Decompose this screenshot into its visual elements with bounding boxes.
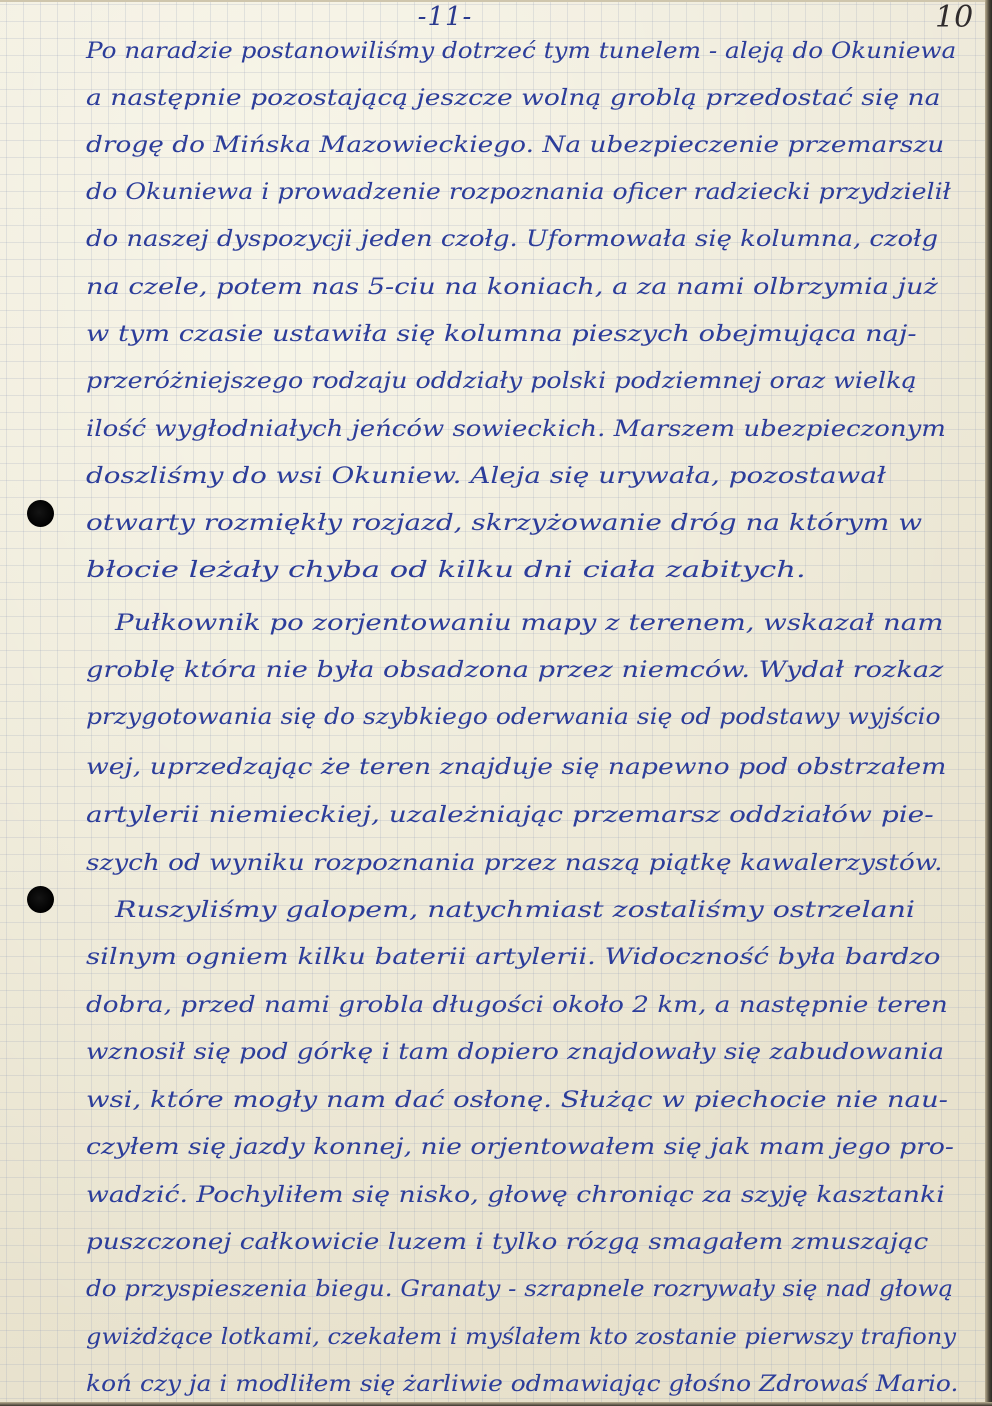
text-line: w tym czasie ustawiła się kolumna pieszy… [86,319,917,349]
text-line: wsi, które mogły nam dać osłonę. Służąc … [86,1085,948,1115]
text-line: do Okuniewa i prowadzenie rozpoznania of… [86,177,951,207]
paragraph-start-line: Ruszyliśmy galopem, natychmiast zostaliś… [115,895,915,925]
text-line: koń czy ja i modliłem się żarliwie odmaw… [86,1369,958,1399]
text-line: do przyspieszenia biegu. Granaty - szrap… [86,1274,953,1304]
text-line: błocie leżały chyba od kilku dni ciała z… [86,555,806,585]
text-line: szych od wyniku rozpoznania przez naszą … [86,848,943,878]
text-line: wadzić. Pochyliłem się nisko, głowę chro… [86,1180,945,1210]
text-line: silnym ogniem kilku baterii artylerii. W… [86,942,940,972]
text-line: Po naradzie postanowiliśmy dotrzeć tym t… [86,36,956,66]
text-line: do naszej dyspozycji jeden czołg. Uformo… [86,224,938,254]
text-line: doszliśmy do wsi Okuniew. Aleja się uryw… [86,461,886,491]
text-line: wznosił się pod górkę i tam dopiero znaj… [86,1037,944,1067]
punch-hole [27,886,54,913]
text-line: przeróżniejszego rodzaju oddziały polski… [86,366,917,396]
paper-top-edge [0,0,992,2]
handwritten-page: -11- 10 Po naradzie postanowiliśmy dotrz… [0,0,992,1406]
text-line: wej, uprzedzając że teren znajduje się n… [86,752,946,782]
folio-number: 10 [935,0,973,35]
paragraph-start-line: Pułkownik po zorjentowaniu mapy z terene… [115,608,943,638]
text-line: gwiżdżące lotkami, czekałem i myślałem k… [86,1322,956,1352]
text-line: puszczonej całkowicie luzem i tylko rózg… [86,1227,928,1257]
text-line: artylerii niemieckiej, uzależniając prze… [86,800,934,830]
text-line: otwarty rozmiękły rozjazd, skrzyżowanie … [86,508,922,538]
text-line: czyłem się jazdy konnej, nie orjentowałe… [86,1132,954,1162]
paper-right-edge [985,0,992,1406]
text-line: na czele, potem nas 5-ciu na koniach, a … [86,272,938,302]
text-line: groblę która nie była obsadzona przez ni… [86,655,943,685]
text-line: drogę do Mińska Mazowieckiego. Na ubezpi… [86,130,944,160]
punch-hole [27,500,54,527]
text-line: dobra, przed nami grobla długości około … [86,990,948,1020]
text-line: a następnie pozostającą jeszcze wolną gr… [86,83,941,113]
paper-bottom-edge [0,1402,992,1406]
text-line: przygotowania się do szybkiego oderwania… [86,702,941,732]
text-line: ilość wygłodniałych jeńców sowieckich. M… [86,414,946,444]
page-number: -11- [400,2,490,32]
